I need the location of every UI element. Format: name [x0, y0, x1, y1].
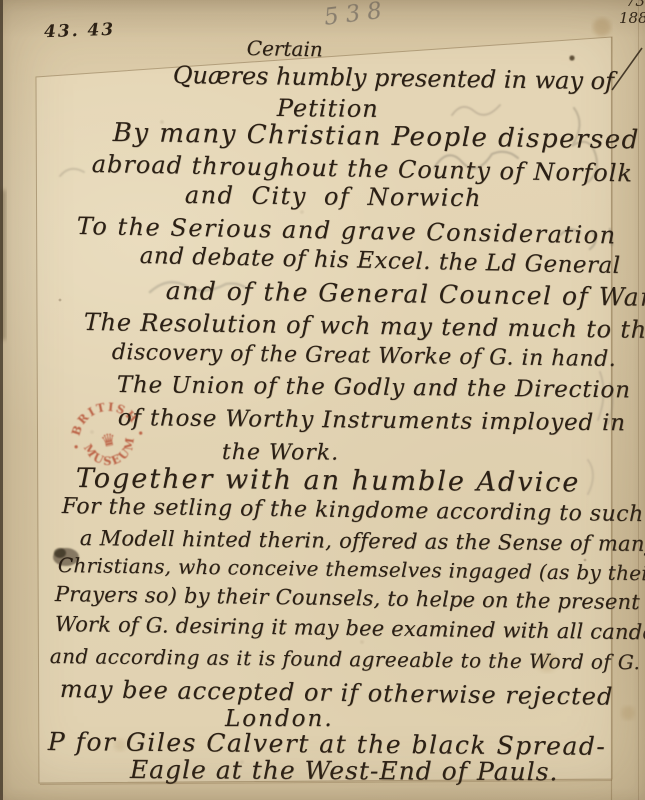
album-page: 538 73 188 43. 43 BRITISH MUSEUM ♛ [0, 0, 645, 800]
manuscript-line: Certain [247, 36, 323, 61]
folio-numbers: 73 188 [619, 0, 645, 27]
binding-shadow [0, 190, 6, 340]
stamp-crown-icon: ♛ [99, 430, 118, 453]
shelfmark: 43. 43 [44, 20, 116, 42]
folio-slash [612, 48, 642, 90]
stamp-dot-right [139, 431, 143, 435]
manuscript-line: Petition [277, 94, 379, 123]
binding-edge [0, 0, 3, 800]
folio-number-bottom: 188 [619, 10, 645, 27]
manuscript-line: the Work. [222, 440, 339, 466]
manuscript-line: Together with an humble Advice [76, 463, 581, 498]
manuscript-line: Eagle at the West-End of Pauls. [130, 755, 559, 786]
manuscript-line: and City of Norwich [185, 181, 482, 212]
manuscript-line: of those Worthy Instruments imployed in [118, 405, 626, 436]
manuscript-line: The Union of the Godly and the Direction [117, 372, 631, 403]
stamp-dot-left [74, 445, 78, 449]
